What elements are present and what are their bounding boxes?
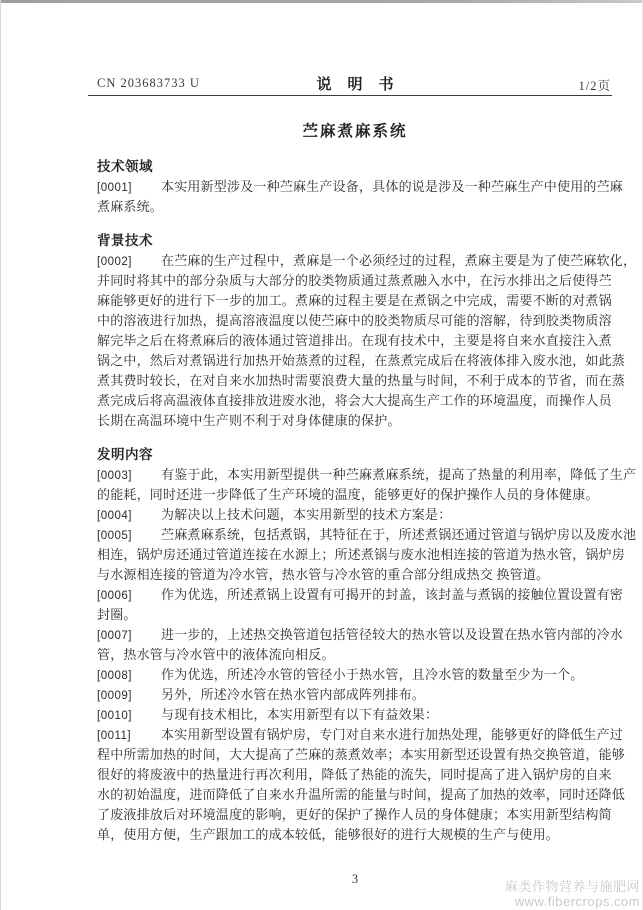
paragraph-line: 长期在高温环境中生产则不利于对身体健康的保护。 [97, 411, 617, 431]
paragraph-line: [0008]作为优选，所述冷水管的管径小于热水管，且冷水管的数量至少为一个。 [97, 665, 617, 685]
watermark: 麻类作物营养与施肥网 www.fibercrops.com [505, 880, 640, 909]
paragraph-text: 本实用新型设置有锅炉房，专门对自来水进行加热处理，能够更好的降低生产过 [161, 727, 623, 742]
paragraph-text: 进一步的，上述热交换管道包括管径较大的热水管以及设置在热水管内部的冷水 [161, 627, 623, 642]
paragraph-line: [0006]作为优选，所述煮锅上设置有可揭开的封盖，该封盖与煮锅的接触位置设置有… [97, 585, 617, 605]
paragraph-line: 解完毕之后在将煮麻后的液体通过管道排出。在现有技术中，主要是将自来水直接注入煮 [97, 331, 617, 351]
page-indicator: 1/2页 [579, 76, 611, 94]
watermark-site-name: 麻类作物营养与施肥网 [505, 880, 640, 895]
paragraph-line: [0003]有鉴于此，本实用新型提供一种苎麻煮麻系统，提高了热量的利用率，降低了… [97, 465, 617, 485]
document-type-heading: 说明书 [97, 73, 613, 94]
paragraph-number: [0008] [97, 666, 143, 686]
paragraph-text: 作为优选，所述冷水管的管径小于热水管，且冷水管的数量至少为一个。 [161, 667, 583, 682]
page-header: CN 203683733 U 说明书 1/2页 [97, 73, 613, 93]
paragraph-text: 本实用新型涉及一种苎麻生产设备，具体的说是涉及一种苎麻生产中使用的苎麻 [161, 179, 623, 194]
paragraph-text: 与现有技术相比，本实用新型有以下有益效果： [161, 707, 438, 722]
paragraph-text: 作为优选，所述煮锅上设置有可揭开的封盖，该封盖与煮锅的接触位置设置有密 [161, 587, 623, 602]
paragraph-line: [0011]本实用新型设置有锅炉房，专门对自来水进行加热处理，能够更好的降低生产… [97, 725, 617, 745]
paragraph-number: [0002] [97, 252, 143, 272]
paragraph-number: [0001] [97, 178, 143, 198]
paragraph-line: 程中所需加热的时间，大大提高了苎麻的蒸煮效率；本实用新型还设置有热交换管道，能够 [97, 745, 617, 765]
paragraph-line: 单，使用方便，生产跟加工的成本较低，能够很好的进行大规模的生产与使用。 [97, 825, 617, 845]
document-body: 技术领域[0001]本实用新型涉及一种苎麻生产设备，具体的说是涉及一种苎麻生产中… [97, 157, 617, 845]
paragraph-line: 很好的将废液中的热量进行再次利用，降低了热能的流失，同时提高了进入锅炉房的自来 [97, 765, 617, 785]
paragraph-line: [0004]为解决以上技术问题，本实用新型的技术方案是： [97, 505, 617, 525]
paragraph-number: [0003] [97, 466, 143, 486]
watermark-url: www.fibercrops.com [505, 895, 640, 910]
paragraph-text: 在苎麻的生产过程中，煮麻是一个必须经过的过程，煮麻主要是为了使苎麻软化， [161, 253, 636, 268]
paragraph-line: 中的溶液进行加热，提高溶液温度以使苎麻中的胶类物质尽可能的溶解，待到胶类物质溶 [97, 311, 617, 331]
paragraph-number: [0010] [97, 706, 143, 726]
paragraph-line: [0002]在苎麻的生产过程中，煮麻是一个必须经过的过程，煮麻主要是为了使苎麻软… [97, 251, 617, 271]
paragraph-number: [0007] [97, 626, 143, 646]
paragraph-line: [0001]本实用新型涉及一种苎麻生产设备，具体的说是涉及一种苎麻生产中使用的苎… [97, 177, 617, 197]
paragraph-line: [0010]与现有技术相比，本实用新型有以下有益效果： [97, 705, 617, 725]
paragraph-line: 麻能够更好的进行下一步的加工。煮麻的过程主要是在煮锅之中完成，需要不断的对煮锅 [97, 291, 617, 311]
paragraph-line: [0005]苎麻煮麻系统，包括煮锅，其特征在于，所述煮锅还通过管道与锅炉房以及废… [97, 525, 617, 545]
paragraph-line: 封圈。 [97, 605, 617, 625]
paragraph-text: 另外，所述冷水管在热水管内部成阵列排布。 [161, 687, 425, 702]
paragraph-text: 为解决以上技术问题，本实用新型的技术方案是： [161, 507, 451, 522]
paragraph-line: 管，热水管与冷水管中的液体流向相反。 [97, 645, 617, 665]
paragraph-line: 锅之中，然后对煮锅进行加热开始蒸煮的过程，在蒸煮完成后在将液体排入废水池，如此蒸 [97, 351, 617, 371]
paragraph-line: 相连，锅炉房还通过管道连接在水源上；所述煮锅与废水池相连接的管道为热水管，锅炉房 [97, 545, 617, 565]
paragraph-number: [0006] [97, 586, 143, 606]
paragraph-number: [0009] [97, 686, 143, 706]
paragraph-number: [0004] [97, 506, 143, 526]
paragraph-line: 煮麻系统。 [97, 197, 617, 217]
paragraph-line: 了废液排放后对环境温度的影响，更好的保护了操作人员的身体健康；本实用新型结构简 [97, 805, 617, 825]
paragraph-line: 水的初始温度，进而降低了自来水升温所需的能量与时间，提高了加热的效率，同时还降低 [97, 785, 617, 805]
section-heading: 背景技术 [97, 231, 617, 251]
paragraph-text: 有鉴于此，本实用新型提供一种苎麻煮麻系统，提高了热量的利用率，降低了生产 [161, 467, 636, 482]
paragraph-number: [0005] [97, 526, 143, 546]
section-heading: 发明内容 [97, 445, 617, 465]
paragraph-line: [0007]进一步的，上述热交换管道包括管径较大的热水管以及设置在热水管内部的冷… [97, 625, 617, 645]
scan-edge-top [0, 0, 643, 3]
paragraph-line: [0009]另外，所述冷水管在热水管内部成阵列排布。 [97, 685, 617, 705]
paragraph-line: 的能耗，同时还进一步降低了生产环境的温度，能够更好的保护操作人员的身体健康。 [97, 485, 617, 505]
header-rule [88, 95, 612, 96]
paragraph-line: 煮完成后将高温液体直接排放进废水池，将会大大提高生产工作的环境温度，而操作人员 [97, 391, 617, 411]
paragraph-line: 与水源相连接的管道为冷水管，热水管与冷水管的重合部分组成热交 换管道。 [97, 565, 617, 585]
scan-edge-left [0, 0, 1, 910]
section-heading: 技术领域 [97, 157, 617, 177]
document-title: 苎麻煮麻系统 [97, 119, 613, 141]
paragraph-number: [0011] [97, 726, 143, 746]
paragraph-text: 苎麻煮麻系统，包括煮锅，其特征在于，所述煮锅还通过管道与锅炉房以及废水池 [161, 527, 636, 542]
paragraph-line: 并同时将其中的部分杂质与大部分的胶类物质通过蒸煮融入水中，在污水排出之后使得苎 [97, 271, 617, 291]
paragraph-line: 煮其费时较长，在对自来水加热时需要浪费大量的热量与时间，不利于成本的节省，而在蒸 [97, 371, 617, 391]
